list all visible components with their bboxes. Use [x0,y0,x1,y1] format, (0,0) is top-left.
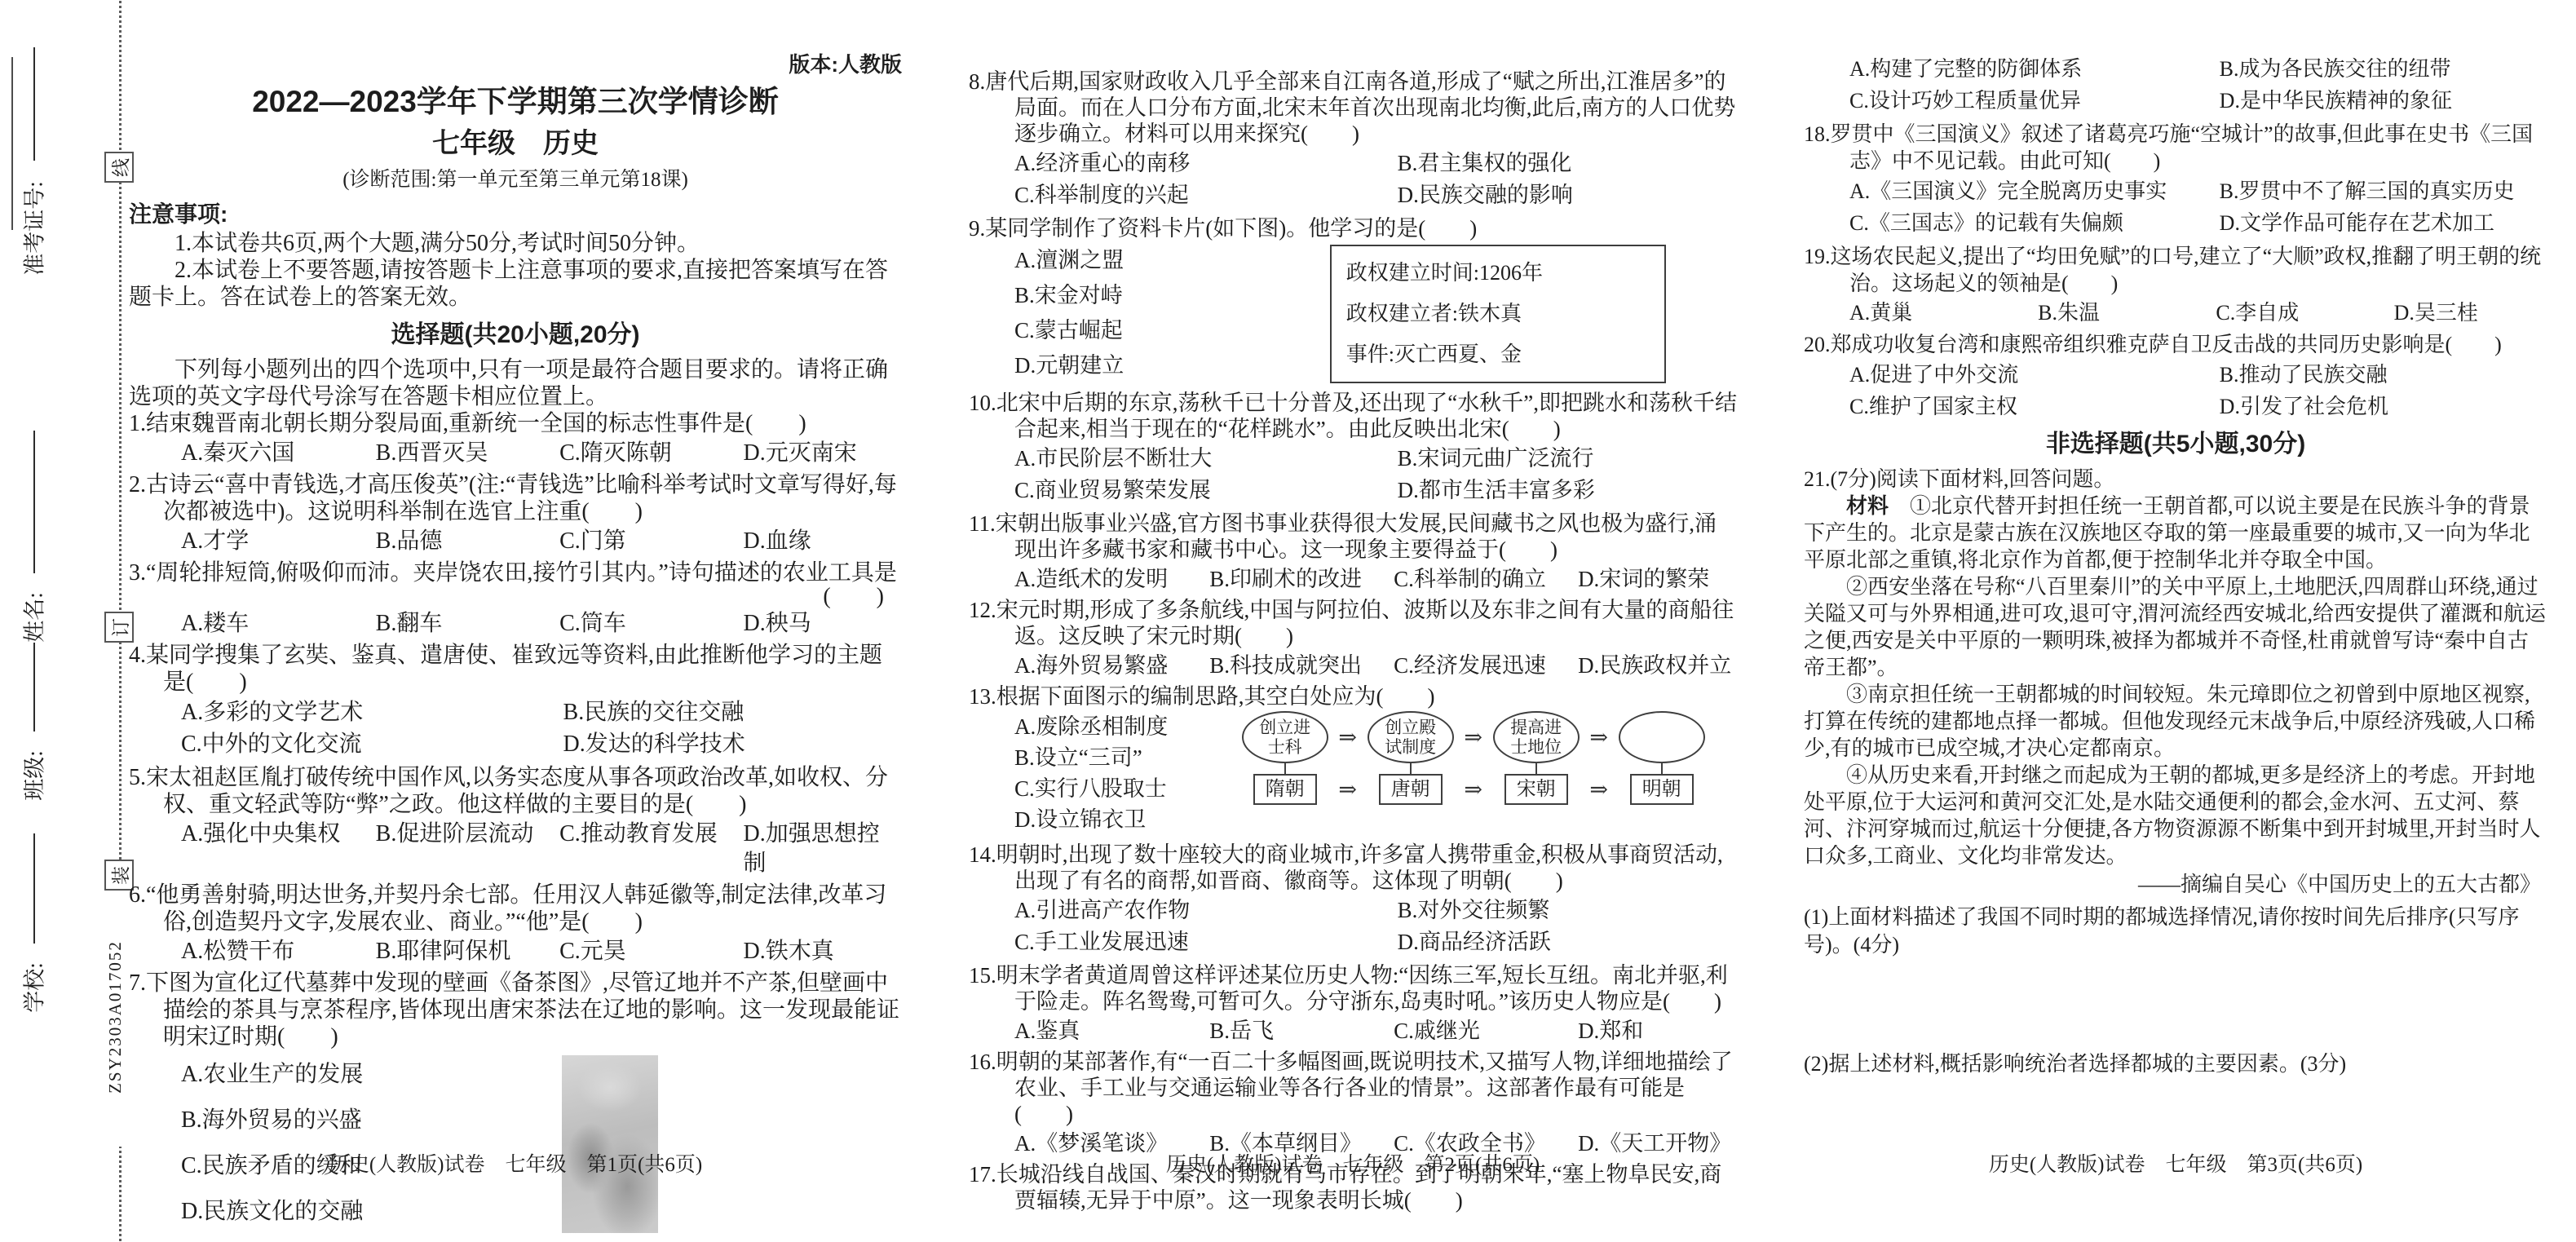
page-footer-1: 历史(人教版)试卷 七年级 第1页(共6页) [129,1153,902,1178]
option: D.秧马 [743,609,901,639]
sidebar-field-label: 班级: [21,735,47,815]
version-label: 版本:人教版 [129,52,902,77]
flow-arrows: ⇒⇒ [1458,711,1489,802]
flow-connector [1410,763,1412,774]
column-page-1: 版本:人教版2022—2023学年下学期第三次学情诊断七年级 历史(诊断范围:第… [129,52,902,1241]
options: A.海外贸易繁盛B.科技成就突出C.经济发展迅速D.民族政权并立 [969,651,1737,680]
nonchoice-section-title: 非选择题(共5小题,30分) [1804,427,2547,462]
question-number: 6. [129,882,146,908]
option: A.松赞干布 [181,937,376,966]
arrow-right-icon: ⇒ [1589,776,1608,802]
binding-sidebar: ZSY2303A017052 准考证号:姓名:班级:学校:线订装 [0,0,145,1242]
note-2: 2.本试卷上不要答题,请按答题卡上注意事项的要求,直接把答案填写在答题卡上。答在… [129,257,902,311]
question-number: 12. [969,598,996,622]
sidebar-field-label: 准考证号: [21,164,47,292]
option: B.印刷术的改进 [1209,564,1394,594]
flow-stage: 创立殿试制度唐朝 [1363,711,1458,805]
question-text: 10.北宋中后期的东京,荡秋千已十分普及,还出现了“水秋千”,即把跳水和荡秋千结… [969,390,1737,442]
exam-paper-scan: ZSY2303A017052 准考证号:姓名:班级:学校:线订装 版本:人教版2… [0,0,2576,1242]
flow-dynasty-box: 明朝 [1630,774,1694,805]
question-12: 12.宋元时期,形成了多条航线,中国与阿拉伯、波斯以及东非之间有大量的商船往返。… [969,597,1737,680]
option: A.多彩的文学艺术 [181,699,563,726]
option: D.加强思想控制 [743,820,901,878]
option: B.民族的交往交融 [563,699,902,726]
question-15: 15.明末学者黄道周曾这样评述某位历史人物:“因练三军,短长互纽。南北并驱,利于… [969,962,1737,1045]
question-8: 8.唐代后期,国家财政收入几乎全部来自江南各道,形成了“赋之所出,江淮居多”的局… [969,69,1737,209]
subquestion-2: (2)据上述材料,概括影响统治者选择都城的主要因素。(3分) [1804,1050,2547,1078]
option: D.元灭南宋 [743,439,901,468]
question-14: 14.明朝时,出现了数十座较大的商业城市,许多富人携带重金,积极从事商贸活动,出… [969,842,1737,956]
flow-oval: 提高进士地位 [1493,711,1580,763]
answer-space [1804,959,2547,1047]
option: D.是中华民族精神的象征 [2220,87,2547,114]
sidebar-field-3: 班级: [0,643,68,815]
question-text: 20.郑成功收复台湾和康熙帝组织雅克萨自卫反击战的共同历史影响是( ) [1804,331,2547,358]
question-text: 3.“周轮排短筒,俯吸仰而沛。夹岸饶农田,接竹引其内。”诗句描述的农业工具是 [129,559,902,586]
option: B.君主集权的强化 [1398,150,1737,177]
flow-dynasty-box: 宋朝 [1505,774,1568,805]
option: D.郑和 [1578,1016,1737,1045]
answer-bracket: ( ) [129,586,902,608]
material-paragraph-3: ③南京担任统一王朝都城的时间较短。朱元璋即位之初曾到中原地区视察,打算在传统的建… [1804,681,2547,762]
paper-subtitle: 七年级 历史 [129,124,902,163]
option: B.对外交往频繁 [1398,897,1737,924]
arrow-right-icon: ⇒ [1338,776,1357,802]
flowchart-diagram: 创立进士科隋朝⇒⇒创立殿试制度唐朝⇒⇒提高进士地位宋朝⇒⇒明朝 [1238,711,1737,805]
flow-oval: 创立进士科 [1242,711,1328,763]
question-number: 16. [969,1050,996,1074]
fill-in-line [33,431,35,573]
arrow-right-icon: ⇒ [1589,724,1608,750]
option: B.岳飞 [1209,1016,1394,1045]
question-text: 12.宋元时期,形成了多条航线,中国与阿拉伯、波斯以及东非之间有大量的商船往返。… [969,597,1737,649]
option: A.造纸术的发明 [1014,564,1209,594]
question-1: 1.结束魏晋南北朝长期分裂局面,重新统一全国的标志性事件是( )A.秦灭六国B.… [129,410,902,468]
fill-in-line [33,833,35,944]
question-text: 2.古诗云“喜中青钱选,才高压俊英”(注:“青钱选”比喻科举考试时文章写得好,每… [129,471,902,525]
option: A.《三国演义》完全脱离历史事实 [1849,178,2220,205]
option: D.民族交融的影响 [1398,182,1737,209]
options: A.澶渊之盟B.宋金对峙C.蒙古崛起D.元朝建立政权建立时间:1206年政权建立… [969,243,1737,387]
sidebar-field-1: 准考证号: [0,47,68,292]
flow-connector [1661,763,1663,774]
options: A.黄巢B.朱温C.李自成D.吴三桂 [1804,298,2547,328]
question-text: 13.根据下面图示的编制思路,其空白处应为( ) [969,683,1737,709]
option: C.中外的文化交流 [181,731,563,758]
question-11: 11.宋朝出版事业兴盛,官方图书事业获得很大发展,民间藏书之风也极为盛行,涌现出… [969,511,1737,594]
option: A.海外贸易繁盛 [1014,651,1209,680]
option: D.发达的科学技术 [563,731,902,758]
option: B.品德 [376,527,559,556]
fill-in-line [33,47,35,161]
question-9: 9.某同学制作了资料卡片(如下图)。他学习的是( )A.澶渊之盟B.宋金对峙C.… [969,215,1737,387]
options: A.市民阶层不断壮大B.宋词元曲广泛流行C.商业贸易繁荣发展D.都市生活丰富多彩 [969,445,1737,504]
option: D.设立锦衣卫 [1014,804,1737,835]
arrow-right-icon: ⇒ [1464,724,1482,750]
question-number: 1. [129,411,146,436]
option: C.门第 [559,527,743,556]
question-text: 11.宋朝出版事业兴盛,官方图书事业获得很大发展,民间藏书之风也极为盛行,涌现出… [969,511,1737,563]
question-number: 21. [1804,467,1831,491]
question-19: 19.这场农民起义,提出了“均田免赋”的口号,建立了“大顺”政权,推翻了明王朝的… [1804,243,2547,328]
option: C.设计巧妙工程质量优异 [1849,87,2220,114]
question-3: 3.“周轮排短筒,俯吸仰而沛。夹岸饶农田,接竹引其内。”诗句描述的农业工具是( … [129,559,902,639]
question-5: 5.宋太祖赵匡胤打破传统中国作风,以务实态度从事各项政治改革,如收权、分权、重文… [129,764,902,878]
question-text: 5.宋太祖赵匡胤打破传统中国作风,以务实态度从事各项政治改革,如收权、分权、重文… [129,764,902,818]
material-label: 材料 [1846,493,1889,518]
option: A.促进了中外交流 [1849,361,2220,388]
fill-in-line [33,643,35,731]
option: B.科技成就突出 [1209,651,1394,680]
question-text: 19.这场农民起义,提出了“均田免赋”的口号,建立了“大顺”政权,推翻了明王朝的… [1804,243,2547,297]
paper-title: 2022—2023学年下学期第三次学情诊断 [129,80,902,124]
flow-dynasty-box: 隋朝 [1253,774,1317,805]
question-text: 6.“他勇善射骑,明达世务,并契丹余七部。任用汉人韩延徽等,制定法律,改革习俗,… [129,882,902,935]
question-number: 8. [969,69,985,94]
column-page-2: 8.唐代后期,国家财政收入几乎全部来自江南各道,形成了“赋之所出,江淮居多”的局… [969,69,1737,1213]
option: A.引进高产农作物 [1014,897,1398,924]
option: D.商品经济活跃 [1398,929,1737,956]
option: B.朱温 [2038,298,2216,328]
question-number: 5. [129,765,146,790]
notes-heading: 注意事项: [129,199,902,230]
option: A.黄巢 [1849,298,2038,328]
options: A.经济重心的南移B.君主集权的强化C.科举制度的兴起D.民族交融的影响 [969,150,1737,209]
option: C.科举制度的兴起 [1014,182,1398,209]
sidebar-field-label: 学校: [21,947,47,1028]
question-number: 20. [1804,333,1831,356]
options: A.松赞干布B.耶律阿保机C.元昊D.铁木真 [129,937,902,966]
flow-connector [1535,763,1537,774]
question-17-options: A.构建了完整的防御体系B.成为各民族交往的纽带C.设计巧妙工程质量优异D.是中… [1804,55,2547,114]
question-number: 15. [969,963,996,988]
option: B.促进阶层流动 [376,820,559,878]
question-16: 16.明朝的某部著作,有“一百二十多幅图画,既说明技术,又描写人物,详细地描绘了… [969,1049,1737,1158]
question-text: 8.唐代后期,国家财政收入几乎全部来自江南各道,形成了“赋之所出,江淮居多”的局… [969,69,1737,147]
option: C.手工业发展迅速 [1014,929,1398,956]
option: A.才学 [181,527,376,556]
options: A.强化中央集权B.促进阶层流动C.推动教育发展D.加强思想控制 [129,820,902,878]
option: B.宋词元曲广泛流行 [1398,445,1737,472]
page-footer-3: 历史(人教版)试卷 七年级 第3页(共6页) [1804,1153,2547,1178]
question-4: 4.某同学搜集了玄奘、鉴真、遣唐使、崔致远等资料,由此推断他学习的主题是( )A… [129,642,902,758]
info-card-line: 政权建立时间:1206年 [1346,253,1650,294]
option: C.筒车 [559,609,743,639]
question-10: 10.北宋中后期的东京,荡秋千已十分普及,还出现了“水秋千”,即把跳水和荡秋千结… [969,390,1737,504]
options: A.多彩的文学艺术B.民族的交往交融C.中外的文化交流D.发达的科学技术 [129,699,902,758]
option: C.元昊 [559,937,743,966]
question-text: 18.罗贯中《三国演义》叙述了诸葛亮巧施“空城计”的故事,但此事在史书《三国志》… [1804,121,2547,175]
question-text: 4.某同学搜集了玄奘、鉴真、遣唐使、崔致远等资料,由此推断他学习的主题是( ) [129,642,902,696]
option: D.铁木真 [743,937,901,966]
question-13: 13.根据下面图示的编制思路,其空白处应为( )A.废除丞相制度B.设立“三司”… [969,683,1737,838]
column-page-3: A.构建了完整的防御体系B.成为各民族交往的纽带C.设计巧妙工程质量优异D.是中… [1804,52,2547,1078]
option: A.构建了完整的防御体系 [1849,55,2220,82]
question-number: 3. [129,560,146,586]
question-2: 2.古诗云“喜中青钱选,才高压俊英”(注:“青钱选”比喻科举考试时文章写得好,每… [129,471,902,556]
question-21: 21.(7分)阅读下面材料,回答问题。 [1804,466,2547,493]
flow-stage: 创立进士科隋朝 [1238,711,1332,805]
option: B.耶律阿保机 [376,937,559,966]
options: A.农业生产的发展B.海外贸易的兴盛C.民族矛盾的缓和D.民族文化的交融 [129,1052,902,1238]
option: D.血缘 [743,527,901,556]
option: A.鉴真 [1014,1016,1209,1045]
option: D.文学作品可能存在艺术加工 [2220,210,2547,236]
mural-image [562,1055,658,1233]
option: A.耧车 [181,609,376,639]
question-number: 7. [129,970,146,996]
info-card-line: 事件:灭亡西夏、金 [1346,334,1650,375]
option: A.强化中央集权 [181,820,376,878]
question-6: 6.“他勇善射骑,明达世务,并契丹余七部。任用汉人韩延徽等,制定法律,改革习俗,… [129,882,902,966]
question-text: 14.明朝时,出现了数十座较大的商业城市,许多富人携带重金,积极从事商贸活动,出… [969,842,1737,894]
question-number: 9. [969,216,985,241]
material-paragraph-2: ②西安坐落在号称“八百里秦川”的关中平原上,土地肥沃,四周群山环绕,通过关隘又可… [1804,573,2547,681]
choice-intro: 下列每小题列出的四个选项中,只有一项是最符合题目要求的。请将正确选项的英文字母代… [129,356,902,410]
option: D.都市生活丰富多彩 [1398,477,1737,504]
flow-connector [1284,763,1286,774]
option: A.经济重心的南移 [1014,150,1398,177]
option: A.秦灭六国 [181,439,376,468]
options: A.造纸术的发明B.印刷术的改进C.科举制的确立D.宋词的繁荣 [969,564,1737,594]
page-footer-2: 历史(人教版)试卷 七年级 第2页(共6页) [969,1153,1737,1178]
material-paragraph-1: 材料 ①北京代替开封担任统一王朝首都,可以说主要是在民族斗争的背景下产生的。北京… [1804,493,2547,573]
sidebar-field-4: 学校: [0,833,68,1028]
option: C.科举制的确立 [1394,564,1578,594]
option: D.民族政权并立 [1578,651,1737,680]
paper-code: ZSY2303A017052 [104,887,126,1147]
question-text: 21.(7分)阅读下面材料,回答问题。 [1804,466,2547,493]
option: B.翻车 [376,609,559,639]
arrow-right-icon: ⇒ [1338,724,1357,750]
question-text: 16.明朝的某部著作,有“一百二十多幅图画,既说明技术,又描写人物,详细地描绘了… [969,1049,1737,1127]
option: B.罗贯中不了解三国的真实历史 [2220,178,2547,205]
option: A.市民阶层不断壮大 [1014,445,1398,472]
question-number: 11. [969,511,996,536]
question-18: 18.罗贯中《三国演义》叙述了诸葛亮巧施“空城计”的故事,但此事在史书《三国志》… [1804,121,2547,236]
question-number: 19. [1804,245,1831,268]
option: C.推动教育发展 [559,820,743,878]
flow-arrows: ⇒⇒ [1332,711,1363,802]
option: D.吴三桂 [2394,298,2547,328]
option: C.经济发展迅速 [1394,651,1578,680]
question-number: 13. [969,684,996,709]
scope-note: (诊断范围:第一单元至第三单元第18课) [129,163,902,197]
question-text: 7.下图为宣化辽代墓葬中发现的壁画《备茶图》,尽管辽地并不产茶,但壁画中描绘的茶… [129,970,902,1050]
material-paragraph-4: ④从历史来看,开封继之而起成为王朝的都城,更多是经济上的考虑。开封地处平原,位于… [1804,762,2547,869]
flow-arrows: ⇒⇒ [1584,711,1615,802]
flow-oval: 创立殿试制度 [1368,711,1454,763]
source-line: ——摘编自吴心《中国历史上的五大古都》 [1804,869,2547,900]
options: A.《三国演义》完全脱离历史事实B.罗贯中不了解三国的真实历史C.《三国志》的记… [1804,178,2547,236]
option: C.戚继光 [1394,1016,1578,1045]
note-1: 1.本试卷共6页,两个大题,满分50分,考试时间50分钟。 [129,230,902,257]
options: A.引进高产农作物B.对外交往频繁C.手工业发展迅速D.商品经济活跃 [969,897,1737,956]
options: A.耧车B.翻车C.筒车D.秧马 [129,609,902,639]
option: D.引发了社会危机 [2220,393,2547,420]
options: A.促进了中外交流B.推动了民族交融C.维护了国家主权D.引发了社会危机 [1804,361,2547,420]
option: C.《三国志》的记载有失偏颇 [1849,210,2220,236]
option: B.海外贸易的兴盛 [181,1098,902,1143]
option: C.李自成 [2216,298,2393,328]
flow-oval-blank [1619,711,1705,763]
question-number: 4. [129,643,146,668]
option: C.维护了国家主权 [1849,393,2220,420]
option: D.民族文化的交融 [181,1189,902,1235]
info-card-line: 政权建立者:铁木真 [1346,294,1650,334]
option: A.农业生产的发展 [181,1052,902,1098]
question-text: 15.明末学者黄道周曾这样评述某位历史人物:“因练三军,短长互纽。南北并驱,利于… [969,962,1737,1014]
question-number: 10. [969,391,996,415]
choice-section-title: 选择题(共20小题,20分) [129,317,902,353]
arrow-right-icon: ⇒ [1464,776,1482,802]
question-text: 1.结束魏晋南北朝长期分裂局面,重新统一全国的标志性事件是( ) [129,410,902,437]
question-20: 20.郑成功收复台湾和康熙帝组织雅克萨自卫反击战的共同历史影响是( )A.促进了… [1804,331,2547,420]
options: A.废除丞相制度B.设立“三司”C.实行八股取士D.设立锦衣卫创立进士科隋朝⇒⇒… [969,711,1737,838]
question-text: 9.某同学制作了资料卡片(如下图)。他学习的是( ) [969,215,1737,241]
option: B.西晋灭吴 [376,439,559,468]
option: D.宋词的繁荣 [1578,564,1737,594]
option: C.商业贸易繁荣发展 [1014,477,1398,504]
option: B.推动了民族交融 [2220,361,2547,388]
question-7: 7.下图为宣化辽代墓葬中发现的壁画《备茶图》,尽管辽地并不产茶,但壁画中描绘的茶… [129,970,902,1238]
flow-stage: 明朝 [1615,711,1709,805]
options: A.才学B.品德C.门第D.血缘 [129,527,902,556]
flow-dynasty-box: 唐朝 [1379,774,1443,805]
subquestion-1: (1)上面材料描述了我国不同时期的都城选择情况,请你按时间先后排序(只写序号)。… [1804,904,2547,959]
question-number: 2. [129,472,146,497]
flow-stage: 提高进士地位宋朝 [1489,711,1584,805]
options: A.秦灭六国B.西晋灭吴C.隋灭陈朝D.元灭南宋 [129,439,902,468]
info-card: 政权建立时间:1206年政权建立者:铁木真事件:灭亡西夏、金 [1330,245,1666,383]
option: B.成为各民族交往的纽带 [2220,55,2547,82]
options: A.鉴真B.岳飞C.戚继光D.郑和 [969,1016,1737,1045]
option: C.隋灭陈朝 [559,439,743,468]
sidebar-field-2: 姓名: [0,431,68,657]
question-number: 18. [1804,122,1831,146]
question-number: 14. [969,842,996,867]
